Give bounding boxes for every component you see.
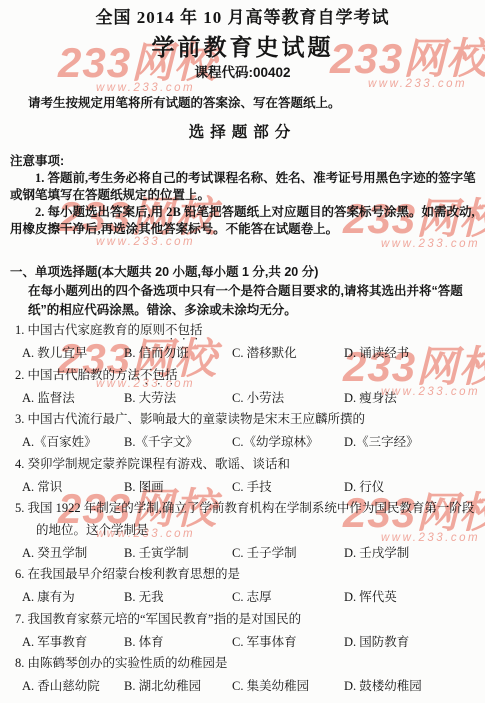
stem-text: 1. 中国古代家庭教育的原则	[15, 323, 165, 337]
question-options: A. 监督法 B. 大劳法 C. 小劳法 D. 瘦身法	[8, 388, 477, 410]
question-4: 4. 癸卯学制规定蒙养院课程有游戏、歌谣、谈话和 A. 常识 B. 图画 C. …	[8, 454, 477, 499]
option-a: A. 教儿宜早	[22, 343, 124, 365]
stem-text: 3. 中国古代流行最广、影响最大的童蒙读物是宋末王应麟所撰的	[15, 412, 365, 426]
question-options: A. 香山慈幼院 B. 湖北幼稚园 C. 集美幼稚园 D. 鼓楼幼稚园	[8, 676, 477, 698]
question-2: 2. 中国古代胎教的方法不包括 A. 监督法 B. 大劳法 C. 小劳法 D. …	[8, 365, 477, 410]
stem-text: 2. 中国古代胎教的方法	[15, 368, 140, 382]
question-5: 5. 我国 1922 年制定的学制,确立了学前教育机构在学制系统中作为国民教育第…	[8, 498, 477, 564]
stem-text: 5. 我国 1922 年制定的学制,确立了学前教育机构在学制系统中作为国民教育第…	[15, 501, 474, 537]
question-stem: 1. 中国古代家庭教育的原则不包括	[8, 320, 477, 343]
notice-item: 2. 每小题选出答案后,用 2B 铅笔把答题纸上对应题目的答案标号涂黑。如需改动…	[10, 204, 477, 238]
option-d: D. 瘦身法	[344, 388, 477, 410]
option-c: C. 壬子学制	[232, 543, 344, 565]
option-b: B. 湖北幼稚园	[124, 676, 232, 698]
stem-text: 8. 由陈鹤琴创办的实验性质的幼稚园是	[15, 656, 228, 670]
option-c: C. 小劳法	[232, 388, 344, 410]
option-a: A. 常识	[22, 477, 124, 499]
option-d: D. 诵读经书	[344, 343, 477, 365]
option-c: C. 手技	[232, 477, 344, 499]
question-options: A. 常识 B. 图画 C. 手技 D. 行仪	[8, 477, 477, 499]
question-3: 3. 中国古代流行最广、影响最大的童蒙读物是宋末王应麟所撰的 A.《百家姓》 B…	[8, 409, 477, 454]
question-1: 1. 中国古代家庭教育的原则不包括 A. 教儿宜早 B. 信而勿诳 C. 潜移默…	[8, 320, 477, 365]
option-b: B. 图画	[124, 477, 232, 499]
question-stem: 4. 癸卯学制规定蒙养院课程有游戏、歌谣、谈话和	[8, 454, 477, 477]
option-d: D. 国防教育	[344, 632, 477, 654]
question-stem: 6. 在我国最早介绍蒙台梭利教育思想的是	[8, 564, 477, 587]
question-8: 8. 由陈鹤琴创办的实验性质的幼稚园是 A. 香山慈幼院 B. 湖北幼稚园 C.…	[8, 653, 477, 698]
question-options: A. 教儿宜早 B. 信而勿诳 C. 潜移默化 D. 诵读经书	[8, 343, 477, 365]
exam-session-line: 全国 2014 年 10 月高等教育自学考试	[8, 6, 477, 30]
question-options: A. 军事教育 B. 体育 C. 军事体育 D. 国防教育	[8, 632, 477, 654]
question-stem: 5. 我国 1922 年制定的学制,确立了学前教育机构在学制系统中作为国民教育第…	[8, 498, 477, 543]
option-b: B.《千字文》	[124, 432, 232, 454]
question-stem: 8. 由陈鹤琴创办的实验性质的幼稚园是	[8, 653, 477, 676]
question-6: 6. 在我国最早介绍蒙台梭利教育思想的是 A. 康有为 B. 无我 C. 志厚 …	[8, 564, 477, 609]
option-c: C. 志厚	[232, 587, 344, 609]
answer-sheet-note: 请考生按规定用笔将所有试题的答案涂、写在答题纸上。	[28, 95, 477, 111]
option-d: D. 行仪	[344, 477, 477, 499]
question-stem: 7. 我国教育家蔡元培的“军国民教育”指的是对国民的	[8, 609, 477, 632]
option-a: A. 香山慈幼院	[22, 676, 124, 698]
question-7: 7. 我国教育家蔡元培的“军国民教育”指的是对国民的 A. 军事教育 B. 体育…	[8, 609, 477, 654]
option-a: A. 康有为	[22, 587, 124, 609]
option-c: C. 潜移默化	[232, 343, 344, 365]
option-b: B. 信而勿诳	[124, 343, 232, 365]
question-options: A.《百家姓》 B.《千字文》 C.《幼学琼林》 D.《三字经》	[8, 432, 477, 454]
stem-text: 4. 癸卯学制规定蒙养院课程有游戏、歌谣、谈话和	[15, 457, 290, 471]
option-b: B. 大劳法	[124, 388, 232, 410]
question-options: A. 癸丑学制 B. 壬寅学制 C. 壬子学制 D. 壬戌学制	[8, 543, 477, 565]
option-a: A. 军事教育	[22, 632, 124, 654]
option-a: A. 癸丑学制	[22, 543, 124, 565]
stem-text: 6. 在我国最早介绍蒙台梭利教育思想的是	[15, 567, 240, 581]
question-options: A. 康有为 B. 无我 C. 志厚 D. 恽代英	[8, 587, 477, 609]
exam-paper-page: 233网校 www.233.com 233网校 www.233.com 233网…	[0, 0, 485, 703]
option-b: B. 无我	[124, 587, 232, 609]
question-stem: 2. 中国古代胎教的方法不包括	[8, 365, 477, 388]
option-d: D. 壬戌学制	[344, 543, 477, 565]
notice-heading: 注意事项:	[10, 152, 477, 170]
option-c: C. 集美幼稚园	[232, 676, 344, 698]
option-b: B. 壬寅学制	[124, 543, 232, 565]
stem-emphasized-text: 不包括	[165, 323, 203, 337]
course-code: 课程代码:00402	[8, 64, 477, 82]
notice-item: 1. 答题前,考生务必将自己的考试课程名称、姓名、准考证号用黑色字迹的签字笔或钢…	[10, 170, 477, 204]
option-a: A. 监督法	[22, 388, 124, 410]
exam-document: 全国 2014 年 10 月高等教育自学考试 学前教育史试题 课程代码:0040…	[0, 0, 485, 698]
stem-emphasized-text: 不包括	[140, 368, 178, 382]
option-c: C.《幼学琼林》	[232, 432, 344, 454]
part1-instruction: 在每小题列出的四个备选项中只有一个是符合题目要求的,请将其选出并将“答题纸”的相…	[28, 282, 477, 320]
option-b: B. 体育	[124, 632, 232, 654]
page-title: 学前教育史试题	[8, 32, 477, 62]
option-c: C. 军事体育	[232, 632, 344, 654]
question-stem: 3. 中国古代流行最广、影响最大的童蒙读物是宋末王应麟所撰的	[8, 409, 477, 432]
option-d: D. 鼓楼幼稚园	[344, 676, 477, 698]
option-d: D. 恽代英	[344, 587, 477, 609]
option-d: D.《三字经》	[344, 432, 477, 454]
option-a: A.《百家姓》	[22, 432, 124, 454]
part1-heading: 一、单项选择题(本大题共 20 小题,每小题 1 分,共 20 分)	[10, 262, 477, 282]
stem-text: 7. 我国教育家蔡元培的“军国民教育”指的是对国民的	[15, 612, 301, 626]
section-title: 选择题部分	[8, 122, 477, 144]
